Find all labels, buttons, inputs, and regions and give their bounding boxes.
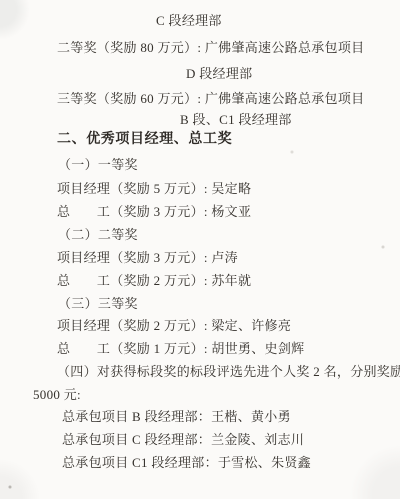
doc-line: 总承包项目 C 段经理部：兰金陵、刘志川 [62, 432, 304, 447]
doc-line: （三）三等奖 [58, 296, 138, 311]
doc-line: 项目经理（奖励 2 万元）: 梁定、许修亮 [57, 318, 291, 333]
doc-line: 三等奖（奖励 60 万元）: 广佛肇高速公路总承包项目 [57, 91, 364, 106]
doc-line: （二）二等奖 [58, 227, 138, 242]
doc-line: 总 工（奖励 3 万元）: 杨文亚 [57, 204, 251, 219]
doc-line: 总 工（奖励 1 万元）: 胡世勇、史剑辉 [57, 341, 304, 356]
doc-line: 项目经理（奖励 3 万元）: 卢涛 [57, 250, 238, 265]
doc-line: （四）对获得标段奖的标段评选先进个人奖 2 名，分别奖励 [57, 364, 400, 379]
doc-line: （一）一等奖 [58, 157, 138, 172]
doc-line: 项目经理（奖励 5 万元）: 吴定略 [57, 181, 251, 196]
doc-line: 5000 元: [33, 387, 81, 402]
doc-line: C 段经理部 [156, 13, 222, 28]
doc-line: 总承包项目 C1 段经理部：于雪松、朱贤鑫 [62, 455, 311, 470]
scanned-document-page: C 段经理部 二等奖（奖励 80 万元）: 广佛肇高速公路总承包项目 D 段经理… [0, 0, 400, 499]
doc-line: D 段经理部 [186, 66, 252, 81]
doc-line: B 段、C1 段经理部 [180, 112, 292, 127]
doc-line: 总 工（奖励 2 万元）: 苏年就 [57, 273, 251, 288]
doc-line: 二等奖（奖励 80 万元）: 广佛肇高速公路总承包项目 [57, 40, 364, 55]
section-heading: 二、优秀项目经理、总工奖 [57, 132, 232, 147]
doc-line: 总承包项目 B 段经理部：王楷、黄小勇 [62, 409, 291, 424]
